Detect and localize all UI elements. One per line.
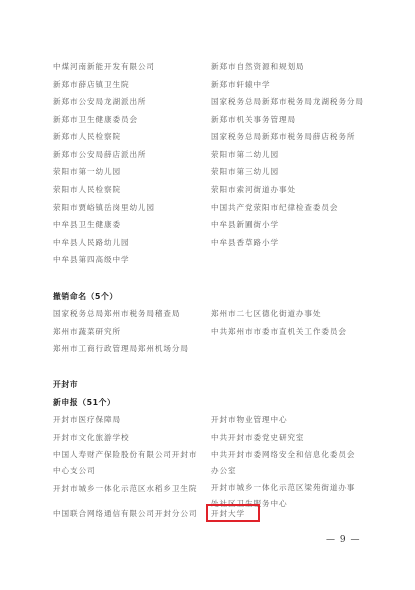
list-item-right: 新郑市自然资源和规划局 — [211, 62, 371, 71]
list-item-left: 中牟县人民路幼儿园 — [53, 238, 203, 247]
list-item-left: 开封市文化旅游学校 — [53, 433, 203, 442]
list-item-right: 荥阳市索河街道办事处 — [211, 185, 371, 194]
city-heading: 开封市 — [53, 380, 78, 389]
list-item-left: 郑州市工商行政管理局郑州机场分局 — [53, 344, 203, 353]
list-item-left: 荥阳市人民检察院 — [53, 185, 203, 194]
list-item-left: 中国人寿财产保险股份有限公司开封市中心支公司 — [53, 447, 205, 479]
list-item-right: 新郑市轩辕中学 — [211, 80, 371, 89]
list-item-left: 新郑市公安局龙湖派出所 — [53, 97, 203, 106]
list-item-right: 中共郑州市市委市直机关工作委员会 — [211, 327, 371, 336]
list-item-left: 荥阳市第一幼儿园 — [53, 167, 203, 176]
section-heading-new: 新申报（51个） — [53, 398, 115, 407]
list-item-right: 国家税务总局新郑市税务局龙湖税务分局 — [211, 97, 371, 106]
list-item-left: 新郑市公安局薛店派出所 — [53, 150, 203, 159]
list-item-right: 国家税务总局新郑市税务局薛店税务所 — [211, 132, 371, 141]
list-item-left: 中煤河南新能开发有限公司 — [53, 62, 203, 71]
list-item-left: 国家税务总局郑州市税务局稽查局 — [53, 309, 203, 318]
highlight-box — [206, 504, 260, 522]
list-item-left: 新郑市卫生健康委员会 — [53, 115, 203, 124]
list-item-left: 郑州市蔬菜研究所 — [53, 327, 203, 336]
list-item-right: 荥阳市第三幼儿园 — [211, 167, 371, 176]
list-item-right: 中牟县香草路小学 — [211, 238, 371, 247]
list-item-right: 郑州市二七区德化街道办事处 — [211, 309, 371, 318]
list-item-right: 中共开封市委党史研究室 — [211, 433, 371, 442]
list-item-left: 新郑市人民检察院 — [53, 132, 203, 141]
list-item-right: 新郑市机关事务管理局 — [211, 115, 371, 124]
list-item-right: 中国共产党荥阳市纪律检查委员会 — [211, 203, 371, 212]
document-page: 中煤河南新能开发有限公司 新郑市自然资源和规划局 新郑市薛店镇卫生院 新郑市轩辕… — [0, 0, 415, 590]
list-item-left: 新郑市薛店镇卫生院 — [53, 80, 203, 89]
list-item-left: 中牟县卫生健康委 — [53, 220, 203, 229]
list-item-right: 中共开封市委网络安全和信息化委员会办公室 — [211, 447, 363, 479]
list-item-left: 开封市城乡一体化示范区水稻乡卫生院 — [53, 484, 203, 493]
list-item-left: 荥阳市贾峪镇岳岗里幼儿园 — [53, 203, 203, 212]
list-item-left: 开封市医疗保障局 — [53, 415, 203, 424]
list-item-right: 荥阳市第二幼儿园 — [211, 150, 371, 159]
list-item-right: 中牟县新圃街小学 — [211, 220, 371, 229]
list-item-left: 中牟县第四高级中学 — [53, 255, 203, 264]
page-number: — 9 — — [326, 535, 360, 545]
section-heading-revoked: 撤销命名（5个） — [53, 292, 118, 301]
list-item-right: 开封市物业管理中心 — [211, 415, 371, 424]
list-item-left: 中国联合网络通信有限公司开封分公司 — [53, 509, 203, 518]
